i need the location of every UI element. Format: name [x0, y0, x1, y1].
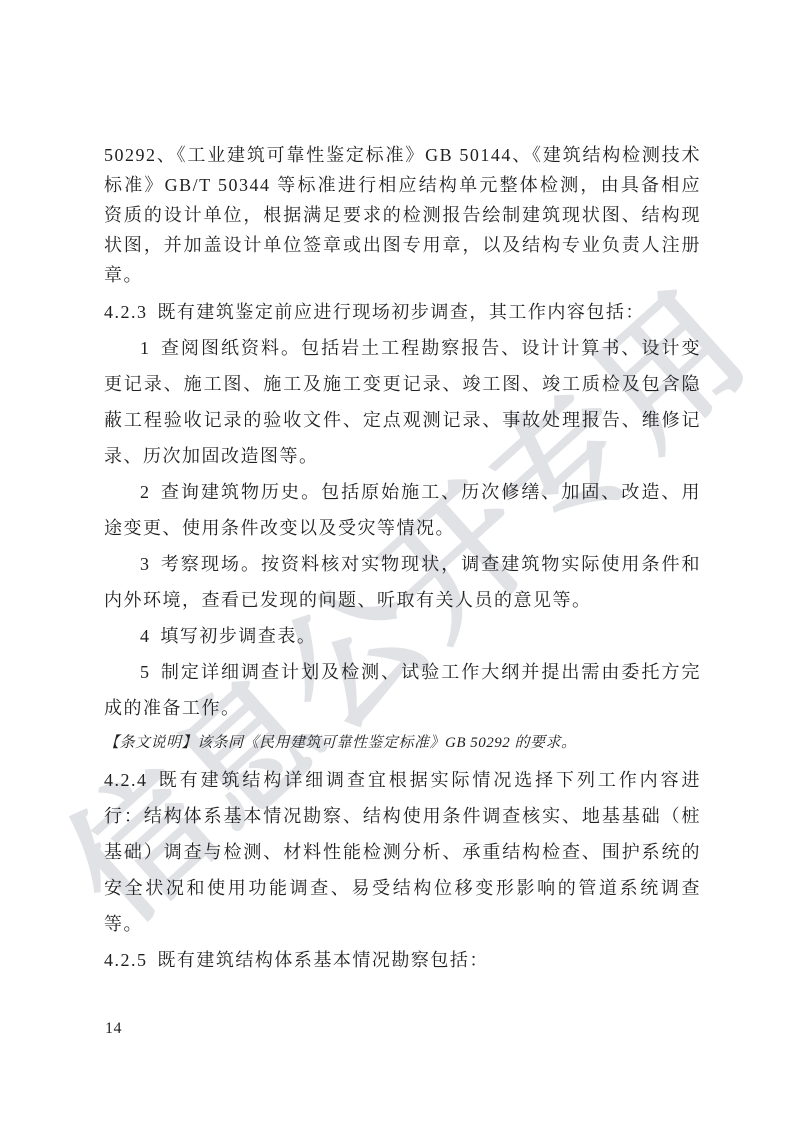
- paragraph-text: 【条文说明】该条同《民用建筑可靠性鉴定标准》GB 50292 的要求。: [104, 735, 577, 751]
- paragraph-text: 查阅图纸资料。包括岩土工程勘察报告、设计计算书、设计变更记录、施工图、施工及施工…: [104, 338, 701, 466]
- numbered-item: 1查阅图纸资料。包括岩土工程勘察报告、设计计算书、设计变更记录、施工图、施工及施…: [104, 330, 701, 474]
- page-number: 14: [105, 1020, 122, 1038]
- document-page: 信息公开专用 50292、《工业建筑可靠性鉴定标准》GB 50144、《建筑结构…: [0, 0, 800, 1131]
- paragraph-text: 查询建筑物历史。包括原始施工、历次修缮、加固、改造、用途变更、使用条件改变以及受…: [104, 482, 701, 538]
- clause-paragraph: 4.2.4既有建筑结构详细调查宜根据实际情况选择下列工作内容进行：结构体系基本情…: [104, 762, 701, 942]
- paragraph-text: 制定详细调查计划及检测、试验工作大纲并提出需由委托方完成的准备工作。: [104, 662, 701, 718]
- clause-paragraph: 4.2.5既有建筑结构体系基本情况勘察包括：: [104, 942, 701, 978]
- paragraph-text: 考察现场。按资料核对实物现状，调查建筑物实际使用条件和内外环境，查看已发现的问题…: [104, 554, 701, 610]
- clause-number: 5: [140, 662, 151, 682]
- clause-number: 4: [140, 626, 151, 646]
- clause-number: 4.2.5: [104, 950, 148, 970]
- body-paragraph: 50292、《工业建筑可靠性鉴定标准》GB 50144、《建筑结构检测技术标准》…: [104, 140, 701, 290]
- paragraph-text: 既有建筑结构体系基本情况勘察包括：: [157, 950, 489, 970]
- numbered-item: 3考察现场。按资料核对实物现状，调查建筑物实际使用条件和内外环境，查看已发现的问…: [104, 546, 701, 618]
- document-content: 50292、《工业建筑可靠性鉴定标准》GB 50144、《建筑结构检测技术标准》…: [104, 140, 701, 978]
- numbered-item: 4填写初步调查表。: [104, 618, 701, 654]
- paragraph-text: 50292、《工业建筑可靠性鉴定标准》GB 50144、《建筑结构检测技术标准》…: [104, 145, 701, 285]
- paragraph-text: 填写初步调查表。: [160, 626, 316, 646]
- numbered-item: 5制定详细调查计划及检测、试验工作大纲并提出需由委托方完成的准备工作。: [104, 654, 701, 726]
- clause-number: 4.2.3: [104, 302, 148, 322]
- numbered-item: 2查询建筑物历史。包括原始施工、历次修缮、加固、改造、用途变更、使用条件改变以及…: [104, 474, 701, 546]
- commentary-note: 【条文说明】该条同《民用建筑可靠性鉴定标准》GB 50292 的要求。: [104, 728, 701, 758]
- paragraph-text: 既有建筑鉴定前应进行现场初步调查，其工作内容包括：: [157, 302, 645, 322]
- paragraph-text: 既有建筑结构详细调查宜根据实际情况选择下列工作内容进行：结构体系基本情况勘察、结…: [104, 770, 701, 934]
- clause-paragraph: 4.2.3既有建筑鉴定前应进行现场初步调查，其工作内容包括：: [104, 294, 701, 330]
- clause-number: 4.2.4: [104, 770, 148, 790]
- clause-number: 1: [140, 338, 151, 358]
- clause-number: 3: [140, 554, 151, 574]
- clause-number: 2: [140, 482, 151, 502]
